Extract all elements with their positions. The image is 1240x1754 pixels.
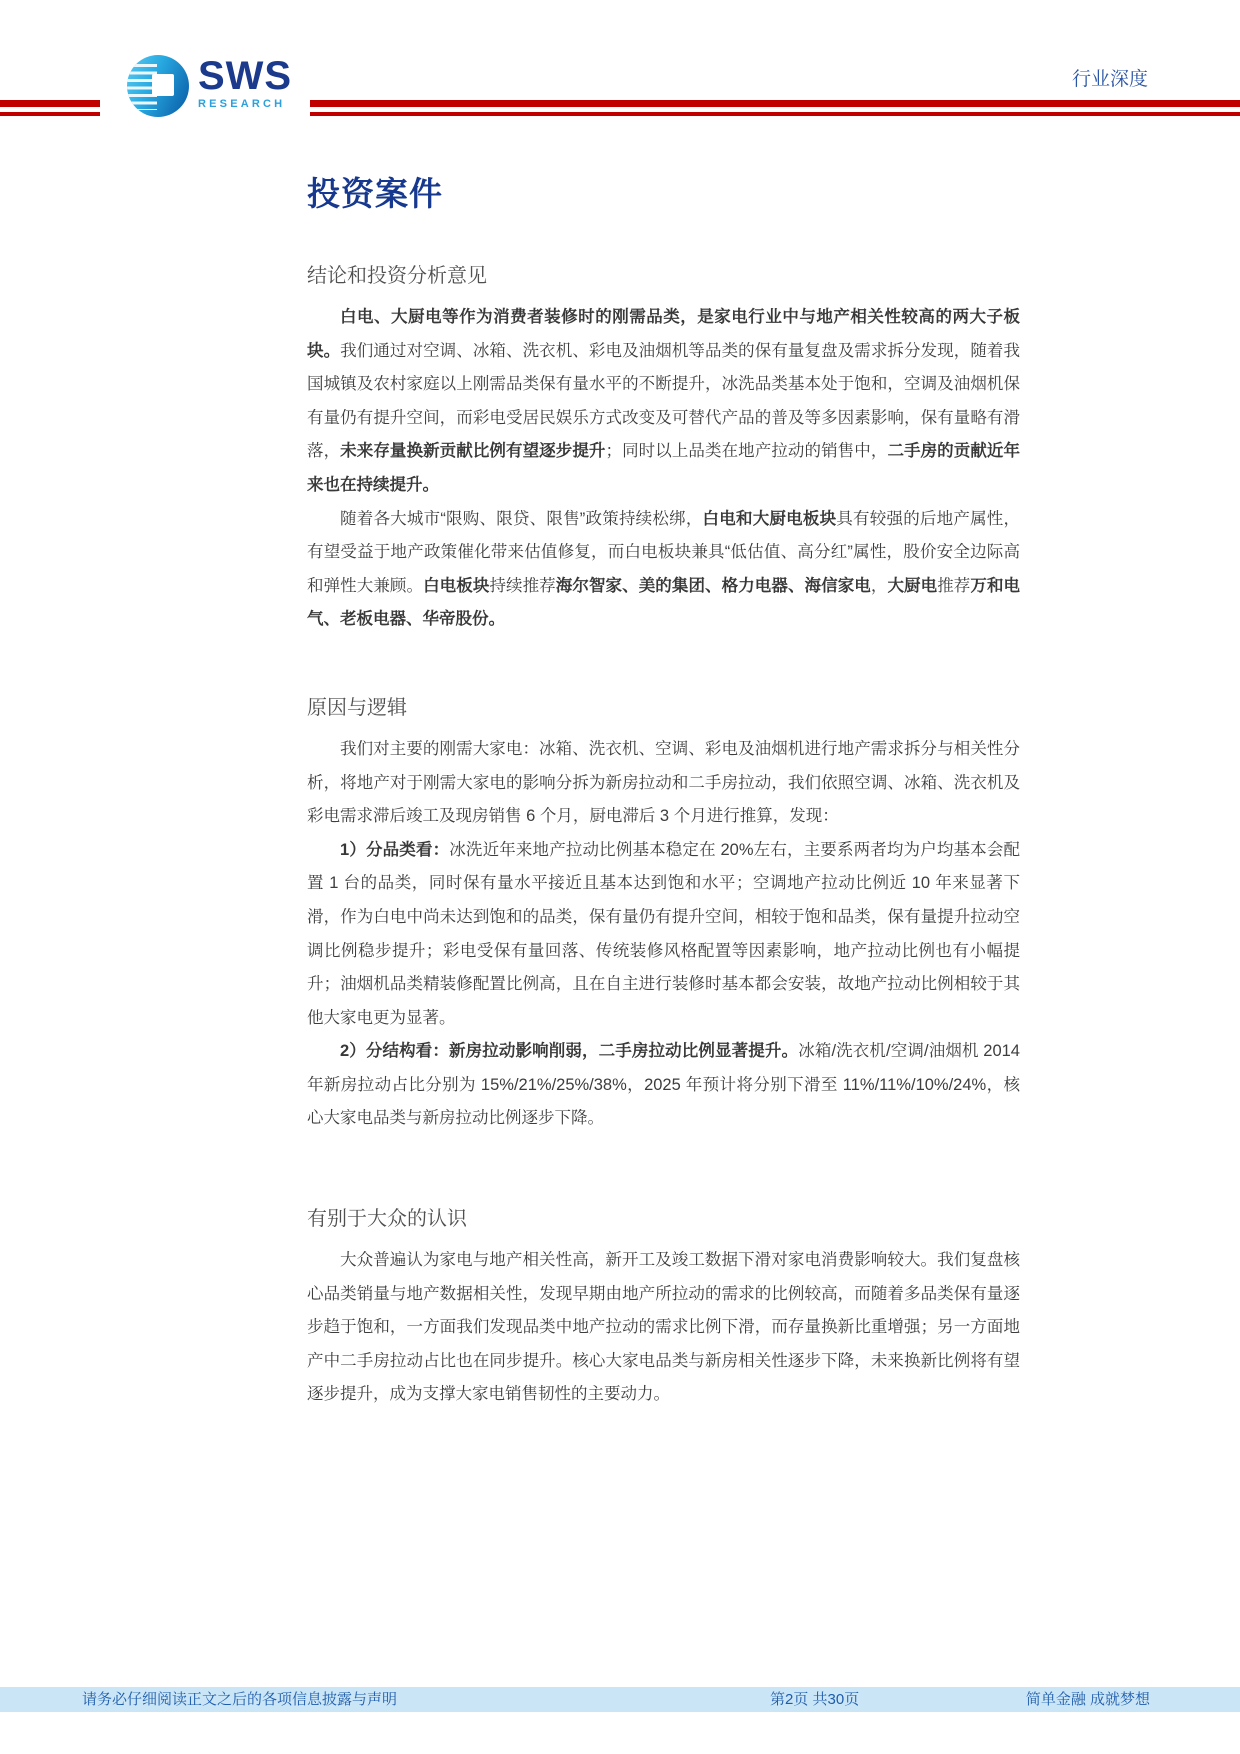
section-heading-differentiation: 有别于大众的认识 (307, 1202, 1020, 1231)
body-text: 随着各大城市“限购、限贷、限售”政策持续松绑， (340, 510, 703, 528)
body-text: ， (871, 577, 888, 595)
section-differentiation-paragraphs: 大众普遍认为家电与地产相关性高，新开工及竣工数据下滑对家电消费影响较大。我们复盘… (307, 1244, 1020, 1412)
logo-sws-label: SWS (198, 55, 292, 97)
logo-research-label: RESEARCH (198, 98, 292, 110)
paragraph: 1）分品类看：冰洗近年来地产拉动比例基本稳定在 20%左右，主要系两者均为户均基… (307, 834, 1020, 1036)
paragraph: 2）分结构看：新房拉动影响削弱，二手房拉动比例显著提升。冰箱/洗衣机/空调/油烟… (307, 1035, 1020, 1136)
body-text: 持续推荐 (489, 577, 555, 595)
header-rule-thick (310, 100, 1240, 107)
bold-text: 2）分结构看：新房拉动影响削弱，二手房拉动比例显著提升。 (340, 1042, 798, 1060)
body-text: 冰洗近年来地产拉动比例基本稳定在 20%左右，主要系两者均为户均基本会配置 1 … (307, 841, 1020, 1027)
report-type-label: 行业深度 (1072, 64, 1148, 91)
page-title: 投资案件 (307, 168, 1020, 215)
paragraph: 白电、大厨电等作为消费者装修时的刚需品类，是家电行业中与地产相关性较高的两大子板… (307, 301, 1020, 503)
paragraph: 大众普遍认为家电与地产相关性高，新开工及竣工数据下滑对家电消费影响较大。我们复盘… (307, 1244, 1020, 1412)
bold-text: 白电板块 (423, 577, 489, 595)
header-rule-thin (310, 112, 1240, 116)
report-page: SWS RESEARCH 行业深度 投资案件 结论和投资分析意见 白电、大厨电等… (0, 0, 1240, 1754)
bold-text: 海尔智家、美的集团、格力电器、海信家电 (556, 577, 871, 595)
header-rule-right (310, 100, 1240, 116)
footer-motto: 简单金融 成就梦想 (1026, 1687, 1150, 1712)
section-logic-paragraphs: 我们对主要的刚需大家电：冰箱、洗衣机、空调、彩电及油烟机进行地产需求拆分与相关性… (307, 733, 1020, 1136)
body-text: 推荐 (937, 577, 970, 595)
globe-square (152, 74, 174, 96)
body-text: 我们对主要的刚需大家电：冰箱、洗衣机、空调、彩电及油烟机进行地产需求拆分与相关性… (307, 740, 1020, 825)
header-rule-left (0, 100, 100, 116)
bold-text: 1）分品类看： (340, 841, 449, 859)
body-text: ；同时以上品类在地产拉动的销售中， (606, 442, 888, 460)
page-footer: 请务必仔细阅读正文之后的各项信息披露与声明 第2页 共30页 简单金融 成就梦想 (0, 1687, 1240, 1712)
sws-logo: SWS RESEARCH (127, 55, 292, 117)
section-conclusion-paragraphs: 白电、大厨电等作为消费者装修时的刚需品类，是家电行业中与地产相关性较高的两大子板… (307, 301, 1020, 637)
paragraph: 我们对主要的刚需大家电：冰箱、洗衣机、空调、彩电及油烟机进行地产需求拆分与相关性… (307, 733, 1020, 834)
bold-text: 大厨电 (887, 577, 937, 595)
header-rule-thin (0, 112, 100, 116)
bold-text: 未来存量换新贡献比例有望逐步提升 (340, 442, 605, 460)
report-content: 投资案件 结论和投资分析意见 白电、大厨电等作为消费者装修时的刚需品类，是家电行… (307, 168, 1020, 1412)
bold-text: 白电和大厨电板块 (703, 510, 837, 528)
footer-disclaimer: 请务必仔细阅读正文之后的各项信息披露与声明 (82, 1687, 397, 1712)
sws-globe-icon (127, 55, 189, 117)
section-heading-logic: 原因与逻辑 (307, 691, 1020, 720)
body-text: 大众普遍认为家电与地产相关性高，新开工及竣工数据下滑对家电消费影响较大。我们复盘… (307, 1251, 1020, 1403)
header-rule-thick (0, 100, 100, 107)
footer-page-number: 第2页 共30页 (770, 1687, 859, 1712)
section-heading-conclusion: 结论和投资分析意见 (307, 259, 1020, 288)
paragraph: 随着各大城市“限购、限贷、限售”政策持续松绑，白电和大厨电板块具有较强的后地产属… (307, 503, 1020, 637)
logo-text: SWS RESEARCH (198, 55, 292, 110)
